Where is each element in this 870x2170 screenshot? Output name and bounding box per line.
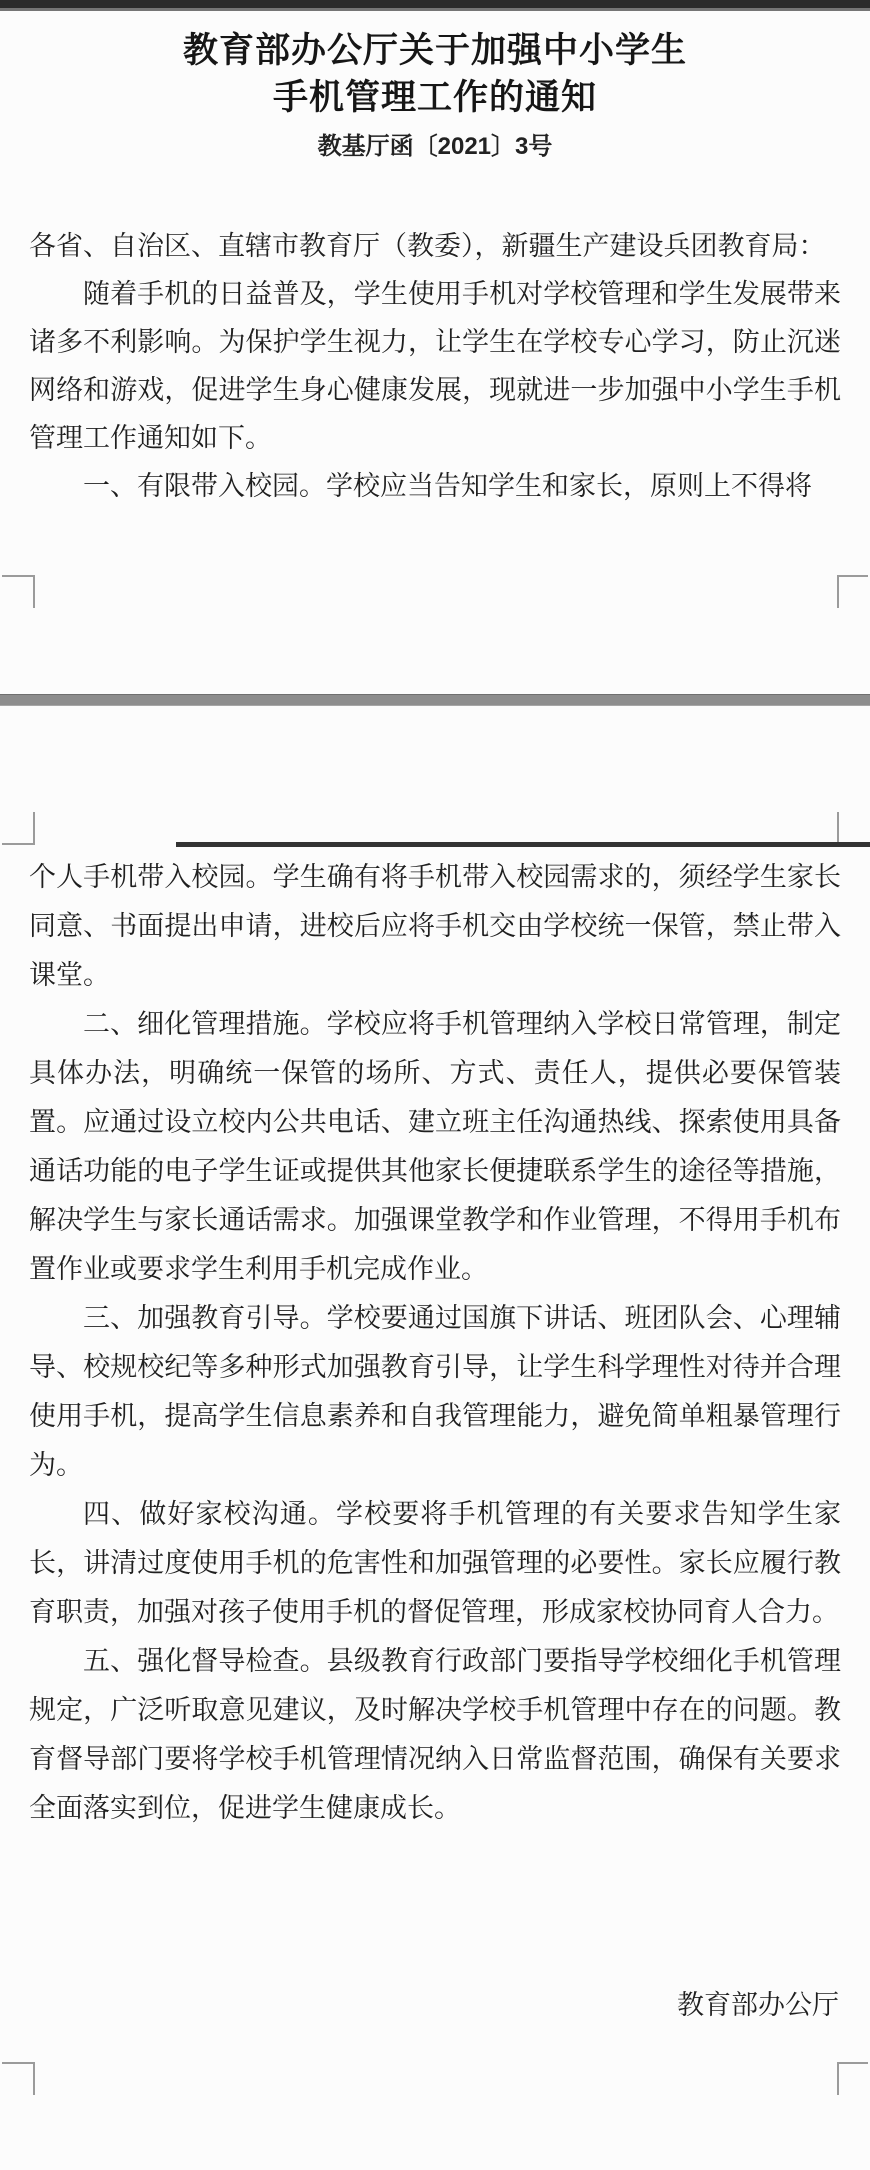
page1-body: 各省、自治区、直辖市教育厅（教委），新疆生产建设兵团教育局： 随着手机的日益普及… (29, 222, 841, 510)
document-photo: 教育部办公厅关于加强中小学生 手机管理工作的通知 教基厅函〔2021〕3号 各省… (0, 0, 870, 2170)
paragraph-item4: 四、做好家校沟通。学校要将手机管理的有关要求告知学生家长，讲清过度使用手机的危害… (29, 1490, 841, 1637)
paragraph-item1-start: 一、有限带入校园。学校应当告知学生和家长，原则上不得将 (29, 462, 841, 510)
crop-mark-page2-top-left (2, 812, 35, 845)
fold-shadow-line (176, 842, 870, 847)
paragraph-item5: 五、强化督导检查。县级教育行政部门要指导学校细化手机管理规定，广泛听取意见建议，… (29, 1637, 841, 1833)
paragraph-item2: 二、细化管理措施。学校应将手机管理纳入学校日常管理，制定具体办法，明确统一保管的… (29, 1000, 841, 1294)
paragraph-intro: 随着手机的日益普及，学生使用手机对学校管理和学生发展带来诸多不利影响。为保护学生… (29, 270, 841, 462)
top-dark-bar (0, 0, 870, 11)
page-separator-bar (0, 694, 870, 706)
page2-body: 个人手机带入校园。学生确有将手机带入校园需求的，须经学生家长同意、书面提出申请，… (29, 853, 841, 1833)
document-title-line1: 教育部办公厅关于加强中小学生 (0, 27, 870, 74)
crop-mark-page2-top-right (837, 812, 868, 845)
document-title-line2: 手机管理工作的通知 (0, 74, 870, 121)
crop-mark-page2-bottom-left (2, 2062, 35, 2095)
paragraph-item1-continued: 个人手机带入校园。学生确有将手机带入校园需求的，须经学生家长同意、书面提出申请，… (29, 853, 841, 1000)
document-header: 教育部办公厅关于加强中小学生 手机管理工作的通知 教基厅函〔2021〕3号 (0, 27, 870, 162)
salutation: 各省、自治区、直辖市教育厅（教委），新疆生产建设兵团教育局： (29, 222, 841, 270)
crop-mark-page1-bottom-left (2, 575, 35, 608)
paragraph-item3: 三、加强教育引导。学校要通过国旗下讲话、班团队会、心理辅导、校规校纪等多种形式加… (29, 1294, 841, 1490)
document-number: 教基厅函〔2021〕3号 (0, 132, 870, 162)
crop-mark-page2-bottom-right (837, 2062, 868, 2095)
signature: 教育部办公厅 (0, 1988, 839, 2022)
crop-mark-page1-bottom-right (837, 575, 868, 608)
